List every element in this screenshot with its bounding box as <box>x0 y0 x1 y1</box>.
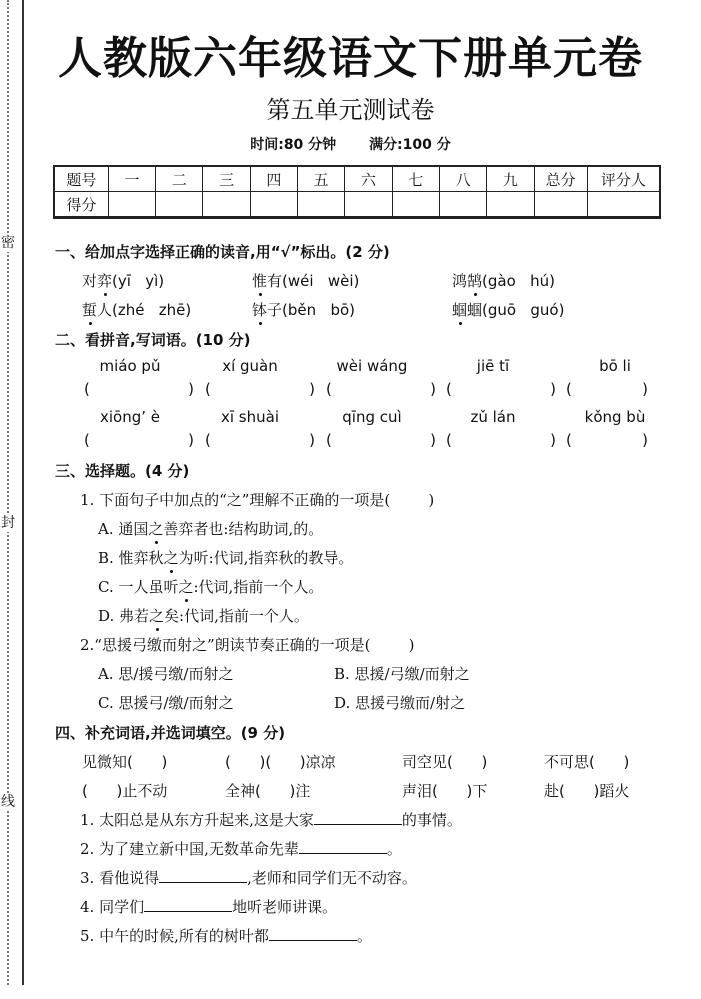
paren-close: ) <box>550 380 556 398</box>
s1-dotted-char: 弈 <box>97 270 112 291</box>
paren-close: ) <box>188 380 194 398</box>
idiom-fill[interactable]: 司空见( ) <box>402 751 487 772</box>
answer-blank[interactable]: () <box>566 380 648 398</box>
answer-blank[interactable]: () <box>84 380 194 398</box>
pinyin-word: bō li <box>560 357 670 375</box>
score-cell[interactable] <box>156 192 203 218</box>
pinyin-word: xī shuài <box>195 408 305 426</box>
q1-option-b[interactable]: B. 惟弈秋之为听:代词,指弈秋的教导。 <box>98 547 353 568</box>
sentence-text: ,老师和同学们无不动容。 <box>247 869 417 887</box>
s1-dotted-char: 蜇 <box>82 299 97 320</box>
s1-item: 鸿鹄(gào hú) <box>452 270 555 291</box>
q1-option-c[interactable]: C. 一人虽听之:代词,指前一个人。 <box>98 576 323 597</box>
q1-stem: 1. 下面句子中加点的“之”理解不正确的一项是( ) <box>80 489 434 510</box>
page-title: 人教版六年级语文下册单元卷 <box>0 22 701 86</box>
sentence-text: 3. 看他说得 <box>80 869 159 887</box>
s1-pinyin-options[interactable]: (guō guó) <box>482 301 564 319</box>
fill-blank[interactable] <box>299 839 387 854</box>
exam-meta: 时间:80 分钟 满分:100 分 <box>0 134 701 154</box>
idiom-fill[interactable]: 全神( )注 <box>225 780 310 801</box>
idiom-fill[interactable]: 见微知( ) <box>82 751 167 772</box>
sentence-text: 。 <box>357 927 372 945</box>
option-text: C. 一人虽听 <box>98 578 178 596</box>
pinyin-word: miáo pǔ <box>75 357 185 375</box>
fill-blank[interactable] <box>269 926 357 941</box>
paren-close: ) <box>550 431 556 449</box>
paren-close: ) <box>642 431 648 449</box>
q1-option-a[interactable]: A. 通国之善弈者也:结构助词,的。 <box>98 518 323 539</box>
score-cell[interactable] <box>439 192 486 218</box>
header-cell: 四 <box>250 166 297 192</box>
answer-blank[interactable]: () <box>326 431 436 449</box>
answer-blank[interactable]: () <box>84 431 194 449</box>
sentence-text: 2. 为了建立新中国,无数革命先辈 <box>80 840 299 858</box>
option-text: D. 弗若 <box>98 607 149 625</box>
header-cell: 八 <box>439 166 486 192</box>
fill-sentence-1: 1. 太阳总是从东方升起来,这是大家的事情。 <box>80 809 462 830</box>
paren-open: ( <box>205 431 211 449</box>
sentence-text: 1. 太阳总是从东方升起来,这是大家 <box>80 811 314 829</box>
answer-blank[interactable]: () <box>205 431 315 449</box>
pinyin-word: zǔ lán <box>438 408 548 426</box>
score-table-header-row: 题号 一 二 三 四 五 六 七 八 九 总分 评分人 <box>54 166 660 192</box>
s1-item: 钵子(běn bō) <box>252 299 355 320</box>
s1-dotted-char: 惟 <box>252 270 267 291</box>
paren-close: ) <box>309 380 315 398</box>
s1-pinyin-options[interactable]: (běn bō) <box>282 301 355 319</box>
option-text: A. 通国 <box>98 520 148 538</box>
header-cell: 二 <box>156 166 203 192</box>
fill-blank[interactable] <box>314 810 402 825</box>
sentence-text: 。 <box>387 840 402 858</box>
q2-option-a[interactable]: A. 思/援弓缴/而射之 <box>98 663 233 684</box>
idiom-fill[interactable]: ( )( )凉凉 <box>225 751 336 772</box>
section4-title: 四、补充词语,并选词填空。(9 分) <box>55 722 285 743</box>
sentence-text: 4. 同学们 <box>80 898 144 916</box>
s1-dotted-char: 钵 <box>252 299 267 320</box>
paren-open: ( <box>84 431 90 449</box>
option-text: 善弈者也:结构助词,的。 <box>163 520 323 538</box>
answer-blank[interactable]: () <box>326 380 436 398</box>
option-text: :代词,指前一个人。 <box>194 578 324 596</box>
q2-option-c[interactable]: C. 思援弓/缴/而射之 <box>98 692 234 713</box>
margin-char-xian: 线 <box>0 793 16 811</box>
score-cell[interactable] <box>487 192 534 218</box>
dotted-char: 之 <box>178 576 193 597</box>
s1-char: 对 <box>82 272 97 290</box>
s1-item: 对弈(yī yì) <box>82 270 164 291</box>
paren-open: ( <box>205 380 211 398</box>
exam-time: 时间:80 分钟 <box>250 137 336 153</box>
exam-full-score: 满分:100 分 <box>369 137 451 153</box>
dotted-char: 之 <box>148 518 163 539</box>
fill-blank[interactable] <box>144 897 232 912</box>
s1-item: 蝈蝈(guō guó) <box>452 299 564 320</box>
paren-open: ( <box>566 431 572 449</box>
s1-pinyin-options[interactable]: (gào hú) <box>482 272 555 290</box>
paren-open: ( <box>566 380 572 398</box>
score-cell[interactable] <box>392 192 439 218</box>
header-cell: 九 <box>487 166 534 192</box>
header-cell: 七 <box>392 166 439 192</box>
answer-blank[interactable]: () <box>566 431 648 449</box>
idiom-fill[interactable]: ( )止不动 <box>82 780 167 801</box>
header-cell: 一 <box>108 166 155 192</box>
paren-open: ( <box>326 380 332 398</box>
dotted-char: 之 <box>164 547 179 568</box>
s1-char: 有 <box>267 272 282 290</box>
pinyin-word: kǒng bù <box>560 408 670 426</box>
option-text: 为听:代词,指弈秋的教导。 <box>179 549 354 567</box>
idiom-fill[interactable]: 赴( )蹈火 <box>544 780 629 801</box>
s1-pinyin-options[interactable]: (yī yì) <box>112 272 164 290</box>
score-cell[interactable] <box>203 192 250 218</box>
pinyin-word: xiōng’ è <box>75 408 185 426</box>
margin-char-feng: 封 <box>0 514 16 532</box>
section3-title: 三、选择题。(4 分) <box>55 460 189 481</box>
score-table-score-row: 得分 <box>54 192 660 218</box>
paren-open: ( <box>84 380 90 398</box>
s1-item: 蜇人(zhé zhē) <box>82 299 191 320</box>
s1-char: 人 <box>97 301 112 319</box>
s1-pinyin-options[interactable]: (zhé zhē) <box>112 301 191 319</box>
answer-blank[interactable]: () <box>446 380 556 398</box>
fill-sentence-4: 4. 同学们地听老师讲课。 <box>80 896 337 917</box>
fill-blank[interactable] <box>159 868 247 883</box>
header-cell: 五 <box>298 166 345 192</box>
header-cell: 总分 <box>534 166 587 192</box>
s1-dotted-char: 蝈 <box>452 299 467 320</box>
paren-close: ) <box>430 380 436 398</box>
answer-blank[interactable]: () <box>205 380 315 398</box>
paren-close: ) <box>188 431 194 449</box>
option-text: 矣:代词,指前一个人。 <box>164 607 309 625</box>
header-cell: 题号 <box>54 166 108 192</box>
paren-open: ( <box>446 380 452 398</box>
score-cell[interactable] <box>298 192 345 218</box>
idiom-fill[interactable]: 不可思( ) <box>544 751 629 772</box>
q2-option-b[interactable]: B. 思援/弓缴/而射之 <box>334 663 470 684</box>
option-text: B. 惟弈秋 <box>98 549 164 567</box>
page-subtitle: 第五单元测试卷 <box>0 90 701 125</box>
paren-close: ) <box>430 431 436 449</box>
fill-sentence-2: 2. 为了建立新中国,无数革命先辈。 <box>80 838 402 859</box>
q2-stem: 2.“思援弓缴而射之”朗读节奏正确的一项是( ) <box>80 634 415 655</box>
header-cell: 六 <box>345 166 392 192</box>
fill-sentence-5: 5. 中午的时候,所有的树叶都。 <box>80 925 372 946</box>
score-cell[interactable] <box>534 192 587 218</box>
q2-option-d[interactable]: D. 思援弓缴而/射之 <box>334 692 465 713</box>
score-cell[interactable] <box>587 192 660 218</box>
score-cell[interactable] <box>250 192 297 218</box>
sentence-text: 的事情。 <box>402 811 462 829</box>
dotted-char: 之 <box>149 605 164 626</box>
paren-close: ) <box>309 431 315 449</box>
idiom-fill[interactable]: 声泪( )下 <box>402 780 487 801</box>
header-cell: 三 <box>203 166 250 192</box>
s1-item: 惟有(wéi wèi) <box>252 270 359 291</box>
s1-dotted-char: 鹄 <box>467 270 482 291</box>
pinyin-word: jiē tī <box>438 357 548 375</box>
pinyin-word: wèi wáng <box>317 357 427 375</box>
q1-option-d[interactable]: D. 弗若之矣:代词,指前一个人。 <box>98 605 309 626</box>
pinyin-word: xí guàn <box>195 357 305 375</box>
s1-char: 鸿 <box>452 272 467 290</box>
paren-open: ( <box>326 431 332 449</box>
paren-open: ( <box>446 431 452 449</box>
section1-title: 一、给加点字选择正确的读音,用“√”标出。(2 分) <box>55 241 390 262</box>
pinyin-word: qīng cuì <box>317 408 427 426</box>
score-table: 题号 一 二 三 四 五 六 七 八 九 总分 评分人 得分 <box>53 165 661 219</box>
sentence-text: 地听老师讲课。 <box>232 898 337 916</box>
s1-pinyin-options[interactable]: (wéi wèi) <box>282 272 359 290</box>
margin-char-mi: 密 <box>0 234 16 252</box>
row-label: 得分 <box>54 192 108 218</box>
paren-close: ) <box>642 380 648 398</box>
s1-char: 蝈 <box>467 301 482 319</box>
section2-title: 二、看拼音,写词语。(10 分) <box>55 329 251 350</box>
score-cell[interactable] <box>345 192 392 218</box>
header-cell: 评分人 <box>587 166 660 192</box>
sentence-text: 5. 中午的时候,所有的树叶都 <box>80 927 269 945</box>
score-cell[interactable] <box>108 192 155 218</box>
answer-blank[interactable]: () <box>446 431 556 449</box>
fill-sentence-3: 3. 看他说得,老师和同学们无不动容。 <box>80 867 417 888</box>
s1-char: 子 <box>267 301 282 319</box>
